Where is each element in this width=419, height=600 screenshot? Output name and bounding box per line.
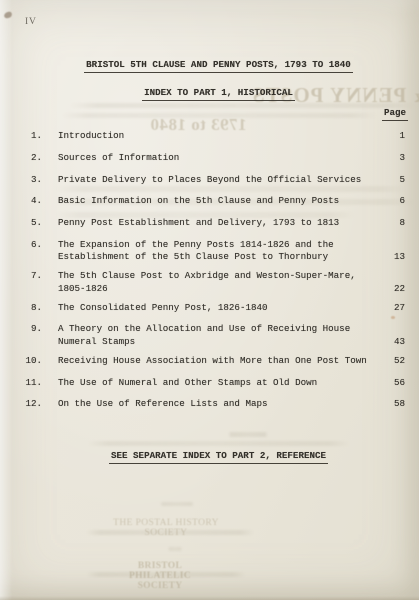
- entry-page: 58: [375, 398, 405, 410]
- entry-page: 5: [375, 174, 405, 186]
- entry-title: Sources of Information: [58, 152, 375, 164]
- entry-number: 9.: [14, 323, 42, 335]
- entry-number: 12.: [14, 398, 42, 410]
- index-entry: 11. The Use of Numeral and Other Stamps …: [14, 377, 405, 389]
- entry-number: 2.: [14, 152, 42, 164]
- entry-number: 7.: [14, 270, 42, 282]
- entry-page: 52: [375, 355, 405, 367]
- bleed-through-publisher-1: THE POSTAL HISTORY SOCIETY: [112, 518, 220, 538]
- paper-speck: [3, 11, 12, 19]
- index-entry: 12. On the Use of Reference Lists and Ma…: [14, 398, 405, 410]
- entry-number: 11.: [14, 377, 42, 389]
- entry-number: 8.: [14, 302, 42, 314]
- entry-page: 8: [375, 217, 405, 229]
- entry-title: The 5th Clause Post to Axbridge and West…: [58, 270, 375, 295]
- bleed-through-smudge: [87, 441, 350, 446]
- bleed-through-smudge: [62, 113, 377, 118]
- index-list: 1. Introduction 1 2. Sources of Informat…: [0, 130, 419, 420]
- footer-note: SEE SEPARATE INDEX TO PART 2, REFERENCE: [18, 450, 419, 464]
- page-column-header: Page: [382, 107, 408, 121]
- entry-number: 6.: [14, 239, 42, 251]
- entry-page: 22: [375, 283, 405, 295]
- index-subtitle-text: INDEX TO PART 1, HISTORICAL: [142, 87, 295, 101]
- bleed-through-smudge: [70, 103, 415, 108]
- index-entry: 6. The Expansion of the Penny Posts 1814…: [14, 239, 405, 264]
- entry-number: 1.: [14, 130, 42, 142]
- entry-title: Private Delivery to Places Beyond the Of…: [58, 174, 375, 186]
- index-entry: 8. The Consolidated Penny Post, 1826-184…: [14, 302, 405, 314]
- entry-number: 10.: [14, 355, 42, 367]
- entry-page: 13: [375, 251, 405, 263]
- bleed-through-smudge: [168, 547, 182, 551]
- entry-title: Receiving House Association with More th…: [58, 355, 375, 367]
- document-title: BRISTOL 5TH CLAUSE AND PENNY POSTS, 1793…: [18, 59, 419, 73]
- entry-title: The Expansion of the Penny Posts 1814-18…: [58, 239, 375, 264]
- index-entry: 5. Penny Post Establishment and Delivery…: [14, 217, 405, 229]
- entry-number: 4.: [14, 195, 42, 207]
- bleed-through-smudge: [86, 530, 254, 535]
- entry-page: 3: [375, 152, 405, 164]
- index-entry: 7. The 5th Clause Post to Axbridge and W…: [14, 270, 405, 295]
- index-entry: 4. Basic Information on the 5th Clause a…: [14, 195, 405, 207]
- entry-page: 56: [375, 377, 405, 389]
- entry-page: 27: [375, 302, 405, 314]
- bleed-through-smudge: [86, 572, 246, 577]
- index-subtitle: INDEX TO PART 1, HISTORICAL: [18, 87, 419, 101]
- index-entry: 2. Sources of Information 3: [14, 152, 405, 164]
- entry-title: On the Use of Reference Lists and Maps: [58, 398, 375, 410]
- entry-title: Introduction: [58, 130, 375, 142]
- bleed-through-smudge: [228, 432, 268, 437]
- entry-title: Basic Information on the 5th Clause and …: [58, 195, 375, 207]
- index-entry: 9. A Theory on the Allocation and Use of…: [14, 323, 405, 348]
- document-title-text: BRISTOL 5TH CLAUSE AND PENNY POSTS, 1793…: [84, 59, 353, 73]
- entry-page: 1: [375, 130, 405, 142]
- index-entry: 10. Receiving House Association with Mor…: [14, 355, 405, 367]
- bleed-through-smudge: [160, 502, 194, 506]
- scanned-document-page: 5th CLAUSE & PENNY POSTS 1793 to 1840 TH…: [0, 0, 419, 600]
- index-entry: 1. Introduction 1: [14, 130, 405, 142]
- index-entry: 3. Private Delivery to Places Beyond the…: [14, 174, 405, 186]
- entry-title: Penny Post Establishment and Delivery, 1…: [58, 217, 375, 229]
- entry-title: The Consolidated Penny Post, 1826-1840: [58, 302, 375, 314]
- page-number: IV: [25, 17, 37, 27]
- entry-title: The Use of Numeral and Other Stamps at O…: [58, 377, 375, 389]
- bleed-through-publisher-2: BRISTOL PHILATELIC SOCIETY: [112, 561, 208, 591]
- entry-number: 5.: [14, 217, 42, 229]
- entry-number: 3.: [14, 174, 42, 186]
- entry-title: A Theory on the Allocation and Use of Re…: [58, 323, 375, 348]
- entry-page: 6: [375, 195, 405, 207]
- entry-page: 43: [375, 336, 405, 348]
- footer-note-text: SEE SEPARATE INDEX TO PART 2, REFERENCE: [109, 450, 328, 464]
